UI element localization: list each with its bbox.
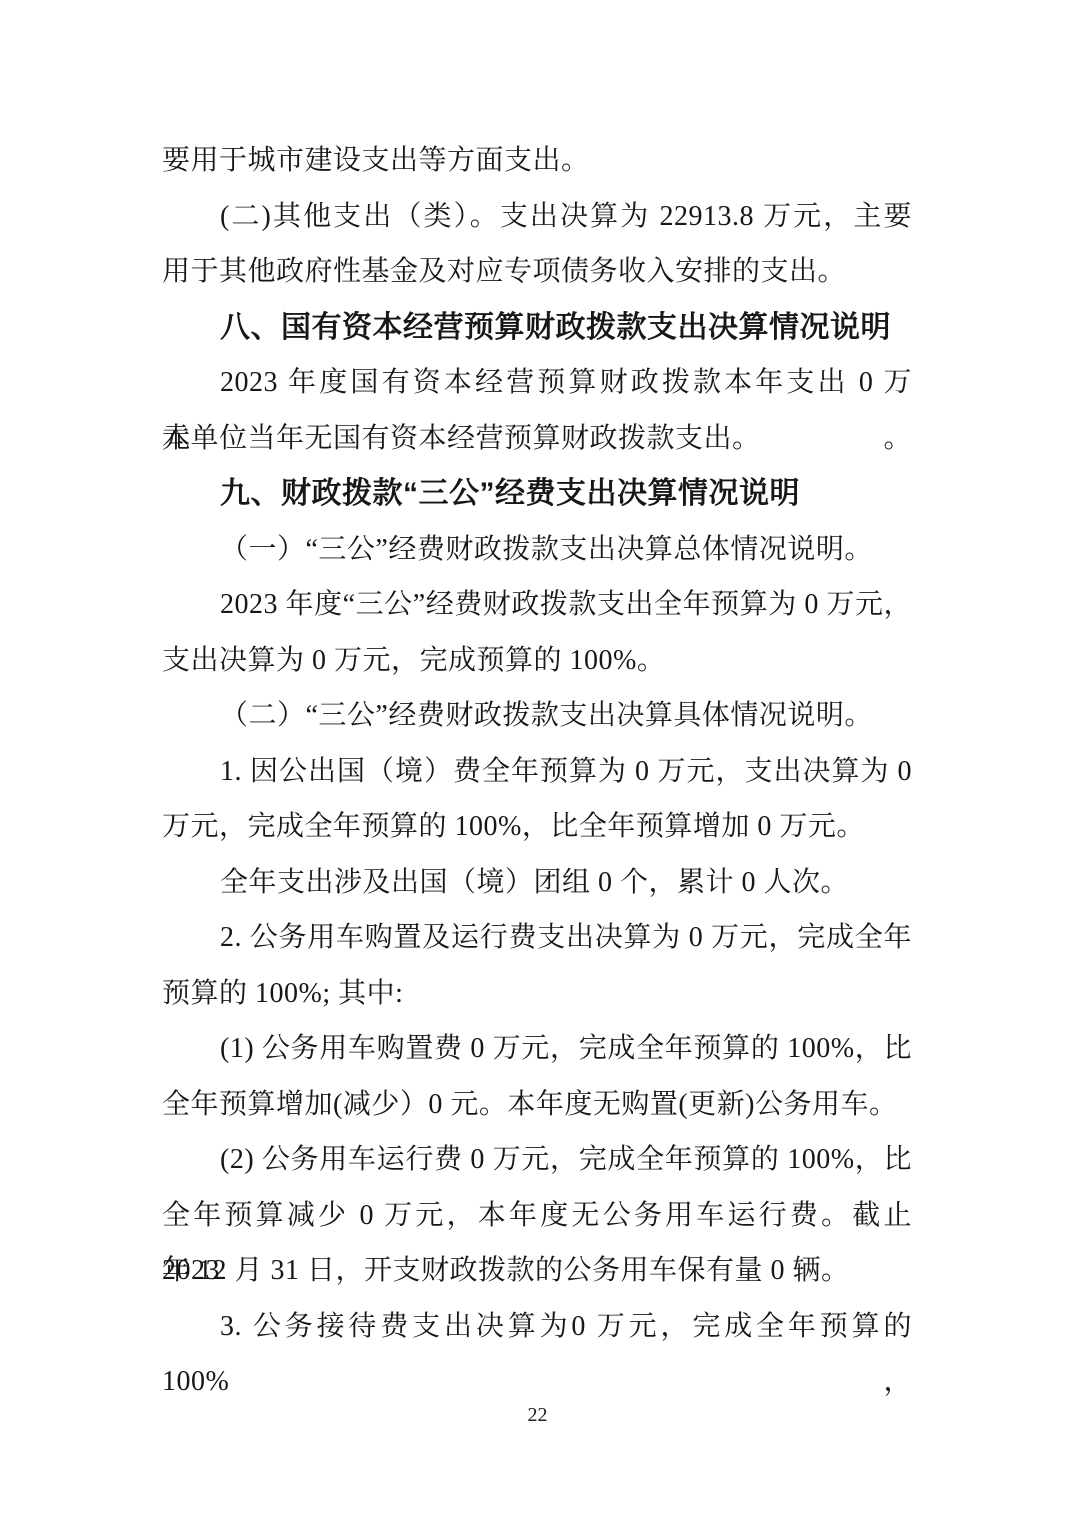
para-three-public-budget-line2: 支出决算为 0 万元，完成预算的 100%。 [162,633,912,689]
document-body: 要用于城市建设支出等方面支出。 (二)其他支出（类）。支出决算为 22913.8… [162,133,912,1354]
para-reception-fee-line1: 3. 公务接待费支出决算为0 万元，完成全年预算的100%， [162,1299,912,1355]
para-other-expenses-line1: (二)其他支出（类）。支出决算为 22913.8 万元，主要 [162,189,912,245]
section-9-heading: 九、财政拨款“三公”经费支出决算情况说明 [162,466,912,522]
para-three-public-detail: （二）“三公”经费财政拨款支出决算具体情况说明。 [162,688,912,744]
para-vehicle-total-line2: 预算的 100%; 其中: [162,966,912,1022]
section-8-heading: 八、国有资本经营预算财政拨款支出决算情况说明 [162,300,912,356]
para-abroad-fee-line1: 1. 因公出国（境）费全年预算为 0 万元，支出决算为 0 [162,744,912,800]
para-abroad-fee-line2: 万元，完成全年预算的 100%，比全年预算增加 0 万元。 [162,799,912,855]
para-vehicle-operation-line2: 全年预算减少 0 万元，本年度无公务用车运行费。截止 2023 [162,1188,912,1244]
para-three-public-overview: （一）“三公”经费财政拨款支出决算总体情况说明。 [162,522,912,578]
para-vehicle-operation-line3: 年 12 月 31 日，开支财政拨款的公务用车保有量 0 辆。 [162,1243,912,1299]
page-number: 22 [0,1403,1075,1427]
para-vehicle-purchase-line2: 全年预算增加(减少）0 元。本年度无购置(更新)公务用车。 [162,1077,912,1133]
para-vehicle-operation-line1: (2) 公务用车运行费 0 万元，完成全年预算的 100%，比 [162,1132,912,1188]
para-abroad-groups: 全年支出涉及出国（境）团组 0 个，累计 0 人次。 [162,855,912,911]
document-page: 要用于城市建设支出等方面支出。 (二)其他支出（类）。支出决算为 22913.8… [0,0,1075,1520]
para-vehicle-purchase-line1: (1) 公务用车购置费 0 万元，完成全年预算的 100%，比 [162,1021,912,1077]
para-vehicle-total-line1: 2. 公务用车购置及运行费支出决算为 0 万元，完成全年 [162,910,912,966]
para-soe-budget-line1: 2023 年度国有资本经营预算财政拨款本年支出 0 万元。 [162,355,912,411]
para-three-public-budget-line1: 2023 年度“三公”经费财政拨款支出全年预算为 0 万元， [162,577,912,633]
para-other-expenses-line2: 用于其他政府性基金及对应专项债务收入安排的支出。 [162,244,912,300]
para-city-construction-tail: 要用于城市建设支出等方面支出。 [162,133,912,189]
